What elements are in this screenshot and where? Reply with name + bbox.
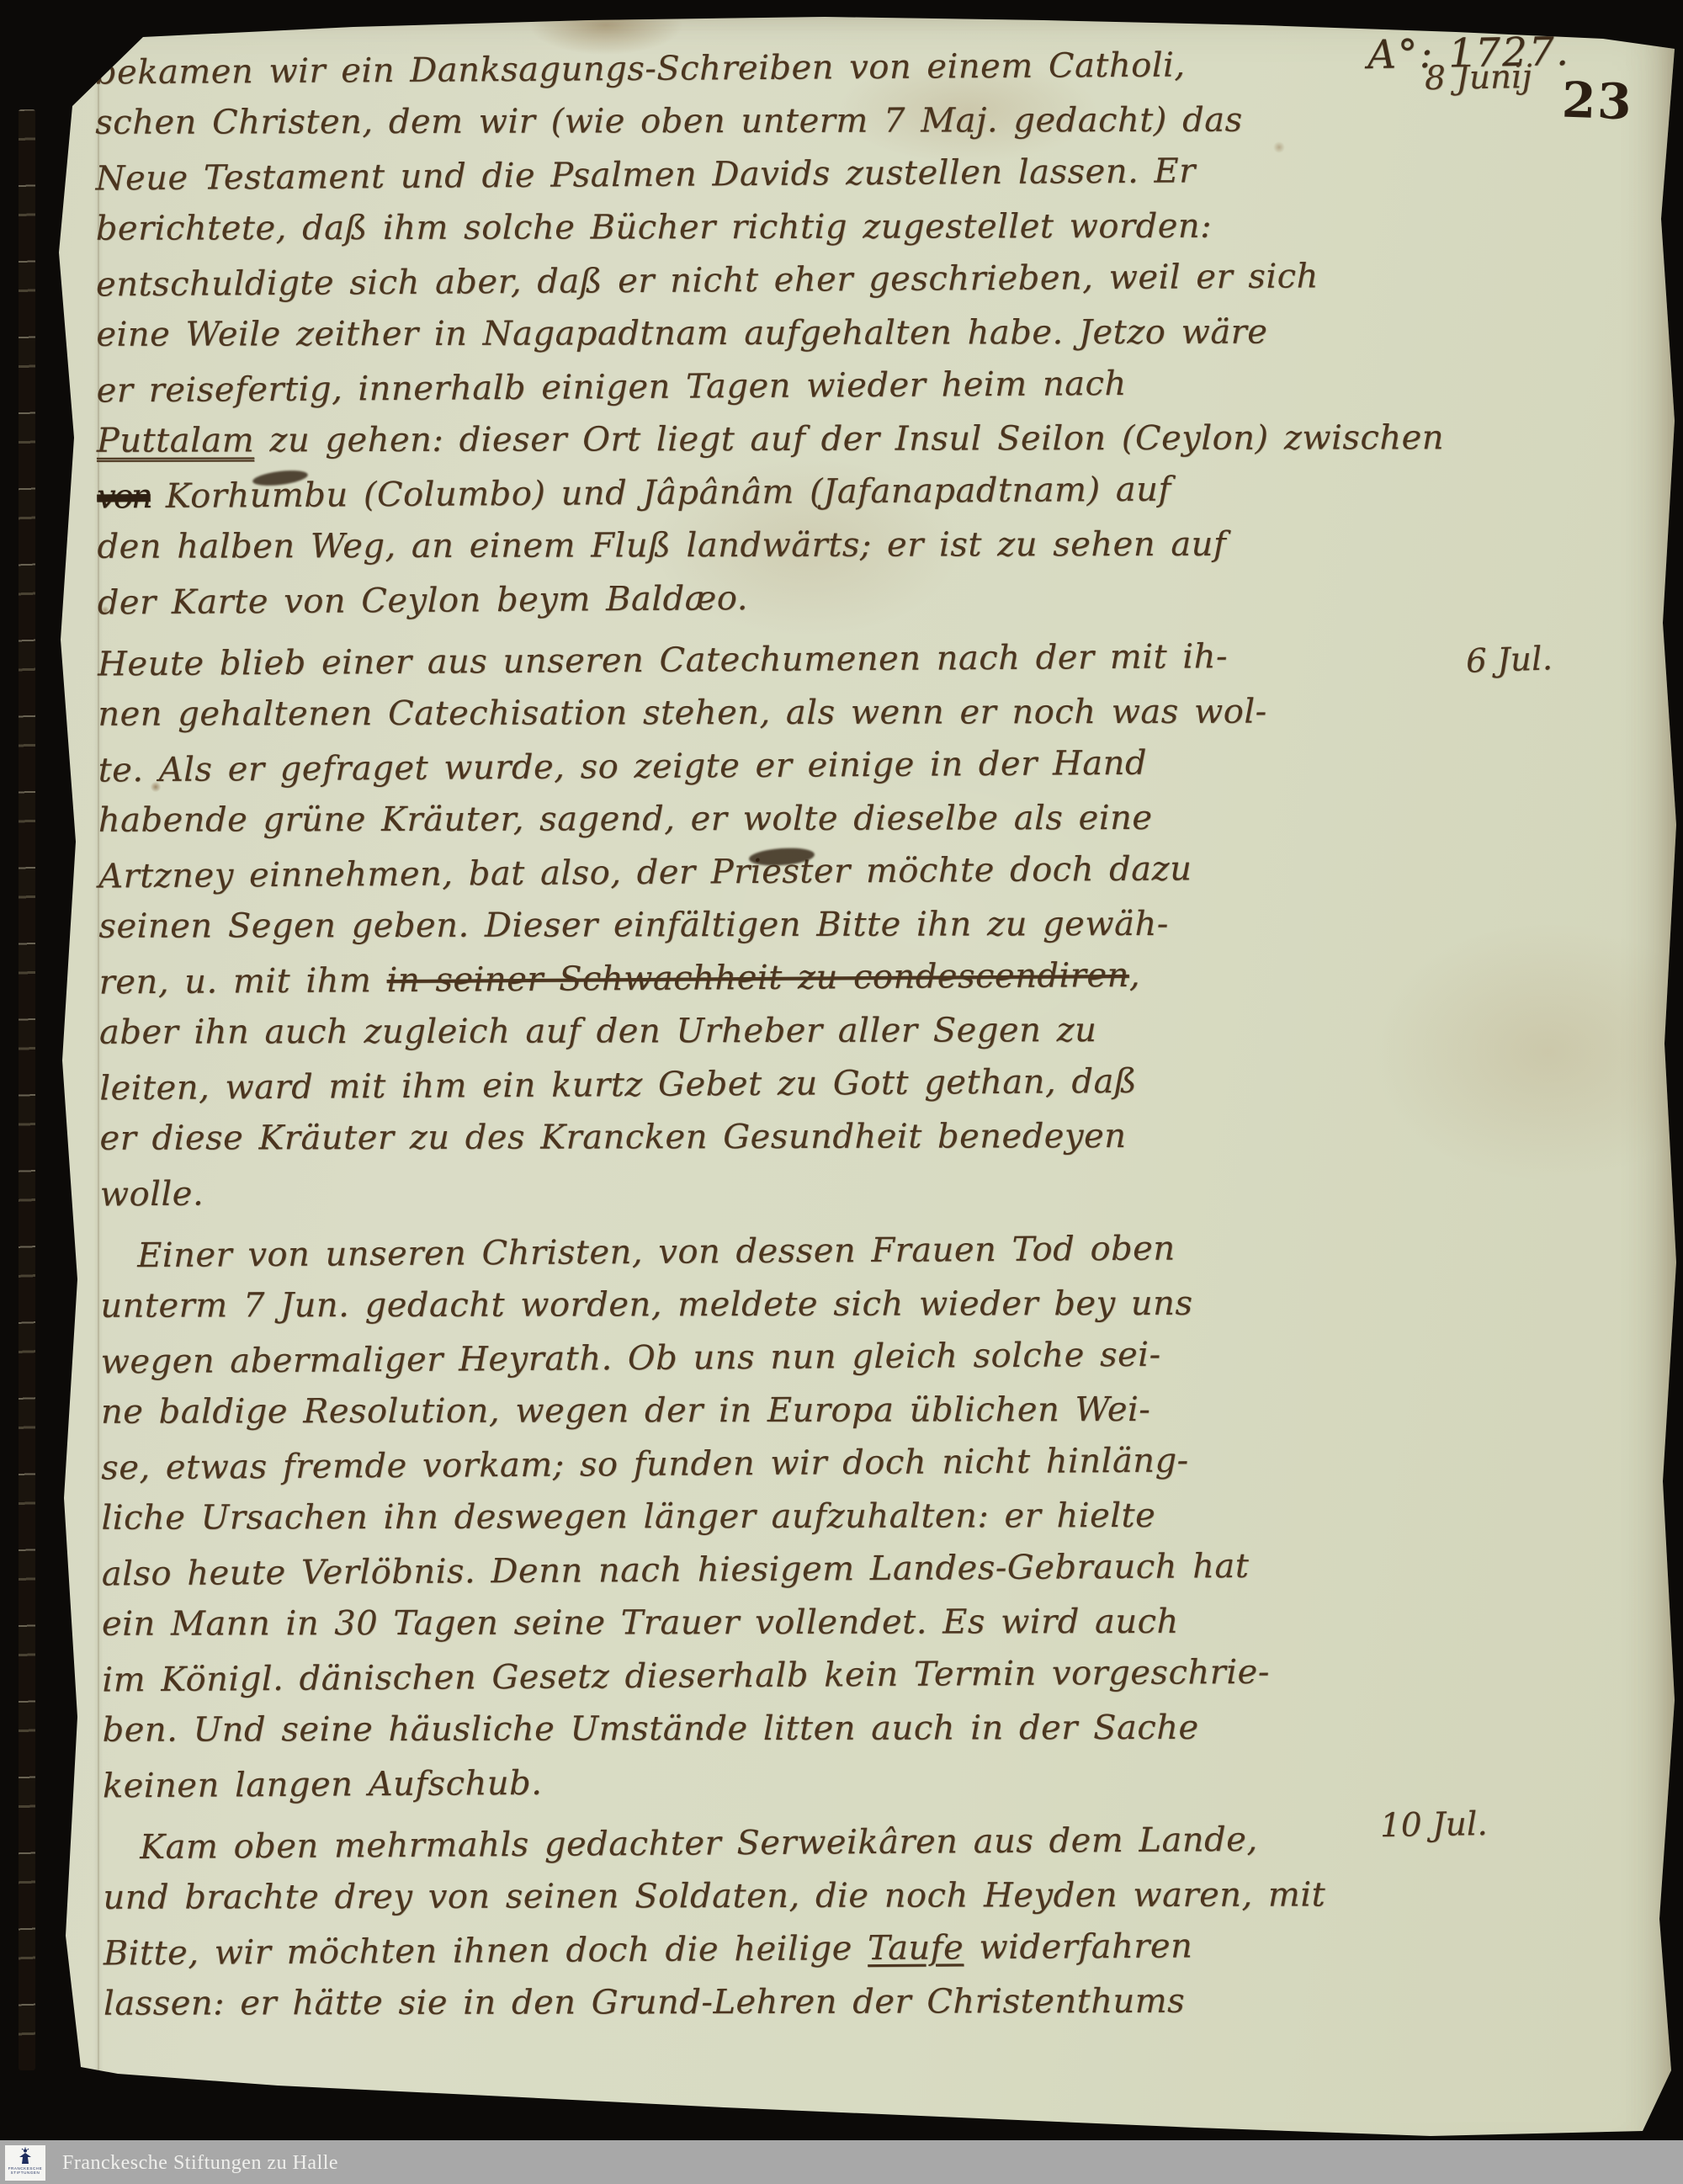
manuscript-line: unterm 7 Jun. gedacht worden, meldete si… [100, 1277, 1413, 1333]
handwritten-text: seinen Segen geben. Dieser einfältigen B… [98, 905, 1168, 946]
manuscript-line: schen Christen, dem wir (wie oben unterm… [95, 93, 1408, 150]
handwritten-text: schen Christen, dem wir (wie oben unterm… [95, 101, 1242, 142]
handwritten-text: leiten, ward mit ihm ein kurtz Gebet zu … [99, 1062, 1137, 1108]
handwritten-text: Artzney einnehmen, bat also, der Prieste… [98, 849, 1192, 895]
manuscript-line: den halben Weg, an einem Fluß landwärts;… [97, 518, 1410, 574]
manuscript-line: ne baldige Resolution, wegen der in Euro… [101, 1383, 1414, 1439]
handwritten-text: Einer von unseren Christen, von dessen F… [137, 1230, 1176, 1276]
logo-emblem-icon [15, 2147, 35, 2165]
manuscript-line: er diese Kräuter zu des Krancken Gesundh… [99, 1109, 1412, 1166]
manuscript-line: entschuldigte sich aber, daß er nicht eh… [96, 250, 1409, 312]
manuscript-line: der Karte von Ceylon beym Baldæo. [98, 568, 1410, 630]
manuscript-line: Puttalam zu gehen: dieser Ort liegt auf … [97, 412, 1410, 468]
handwritten-text: bekamen wir ein Danksagungs-Schreiben vo… [95, 45, 1186, 92]
handwritten-text: berichtete, daß ihm solche Bücher richti… [96, 207, 1212, 248]
handwritten-text: , [1129, 956, 1141, 995]
handwritten-text: der Karte von Ceylon beym Baldæo. [98, 579, 748, 622]
footer-bar: FRANCKESCHE STIFTUNGEN Franckesche Stift… [0, 2140, 1683, 2184]
struck-through-text: in seiner Schwachheit zu condescendiren [386, 956, 1129, 1000]
manuscript-line: ein Mann in 30 Tagen seine Trauer vollen… [102, 1595, 1415, 1651]
handwritten-text: habende grüne Kräuter, sagend, er wolte … [98, 799, 1153, 840]
manuscript-line: und brachte drey von seinen Soldaten, di… [103, 1868, 1415, 1925]
manuscript-page: A°: 1727. 23 bekamen wir ein Danksagungs… [0, 0, 1683, 2184]
handwritten-text: ben. Und seine häusliche Umstände litten… [103, 1708, 1199, 1750]
handwritten-text: Bitte, wir möchten ihnen doch die heilig… [104, 1929, 868, 1973]
book-binding-edge [19, 109, 35, 2070]
handwritten-text: also heute Verlöbnis. Denn nach hiesigem… [102, 1547, 1250, 1594]
handwritten-text: ren, u. mit ihm [99, 961, 387, 1002]
manuscript-line: aber ihn auch zugleich auf den Urheber a… [99, 1003, 1412, 1060]
paragraph: Heute blieb einer aus unseren Catechumen… [98, 631, 1413, 1220]
manuscript-line: wolle. [100, 1160, 1413, 1222]
manuscript-line: also heute Verlöbnis. Denn nach hiesigem… [102, 1539, 1415, 1602]
manuscript-line: Einer von unseren Christen, von dessen F… [100, 1221, 1413, 1283]
manuscript-line: leiten, ward mit ihm ein kurtz Gebet zu … [99, 1054, 1412, 1116]
handwritten-text: zu gehen: dieser Ort liegt auf der Insul… [254, 418, 1444, 460]
paragraph: Einer von unseren Christen, von dessen F… [100, 1223, 1415, 1812]
manuscript-line: nen gehaltenen Catechisation stehen, als… [98, 685, 1410, 741]
handwritten-text: er diese Kräuter zu des Krancken Gesundh… [99, 1117, 1126, 1158]
margin-date-note: 6 Jul. [1465, 640, 1553, 681]
manuscript-line: Neue Testament und die Psalmen Davids zu… [95, 144, 1408, 206]
handwritten-text: widerfahren [964, 1926, 1192, 1967]
footer-label: Franckesche Stiftungen zu Halle [62, 2152, 338, 2175]
handwritten-text: und brachte drey von seinen Soldaten, di… [103, 1875, 1325, 1916]
manuscript-line: Artzney einnehmen, bat also, der Prieste… [98, 842, 1411, 904]
margin-date-note: 8 Junij [1425, 58, 1532, 98]
handwritten-text: Heute blieb einer aus unseren Catechumen… [98, 637, 1228, 683]
scanned-book-photo: A°: 1727. 23 bekamen wir ein Danksagungs… [0, 0, 1683, 2184]
manuscript-line: ben. Und seine häusliche Umstände litten… [103, 1701, 1415, 1757]
manuscript-line: seinen Segen geben. Dieser einfältigen B… [98, 897, 1411, 954]
handwritten-text: Neue Testament und die Psalmen Davids zu… [95, 151, 1196, 198]
manuscript-line: keinen langen Aufschub. [103, 1751, 1415, 1814]
paragraph: bekamen wir ein Danksagungs-Schreiben vo… [95, 40, 1410, 629]
handwritten-text: ne baldige Resolution, wegen der in Euro… [101, 1390, 1150, 1432]
handwritten-text: er reisefertig, innerhalb einigen Tagen … [96, 364, 1126, 411]
manuscript-line: habende grüne Kräuter, sagend, er wolte … [98, 791, 1411, 848]
manuscript-line: berichtete, daß ihm solche Bücher richti… [96, 199, 1409, 256]
manuscript-line: te. Als er gefraget wurde, so zeigte er … [98, 736, 1410, 798]
manuscript-line: liche Ursachen ihn deswegen länger aufzu… [101, 1489, 1414, 1545]
handwritten-text: entschuldigte sich aber, daß er nicht eh… [96, 257, 1319, 304]
handwritten-text: wegen abermaliger Heyrath. Ob uns nun gl… [101, 1336, 1161, 1382]
manuscript-line: im Königl. dänischen Gesetz dieserhalb k… [102, 1645, 1415, 1708]
scribbled-out-text: von [97, 477, 151, 516]
handwritten-text: nen gehaltenen Catechisation stehen, als… [98, 693, 1266, 734]
handwritten-text: liche Ursachen ihn deswegen länger aufzu… [101, 1496, 1155, 1538]
manuscript-line: bekamen wir ein Danksagungs-Schreiben vo… [95, 38, 1408, 100]
handwritten-text: den halben Weg, an einem Fluß landwärts;… [97, 525, 1226, 566]
manuscript-line: se, etwas fremde vorkam; so funden wir d… [101, 1433, 1414, 1496]
handwritten-text: se, etwas fremde vorkam; so funden wir d… [101, 1441, 1189, 1487]
handwritten-text: unterm 7 Jun. gedacht worden, meldete si… [100, 1284, 1192, 1326]
underlined-text: Puttalam [97, 421, 254, 460]
handwritten-text: im Königl. dänischen Gesetz dieserhalb k… [102, 1653, 1270, 1700]
handwritten-text: keinen langen Aufschub. [103, 1764, 543, 1806]
margin-date-note: 10 Jul. [1380, 1805, 1488, 1845]
manuscript-line: Heute blieb einer aus unseren Catechumen… [98, 630, 1410, 692]
paragraph: Kam oben mehrmahls gedachter Serweikâren… [103, 1815, 1416, 2033]
manuscript-line: wegen abermaliger Heyrath. Ob uns nun gl… [100, 1327, 1413, 1390]
logo-text: STIFTUNGEN [11, 2171, 40, 2175]
handwritten-text: te. Als er gefraget wurde, so zeigte er … [98, 744, 1147, 790]
manuscript-line: eine Weile zeither in Nagapadtnam aufgeh… [96, 306, 1409, 362]
manuscript-line: lassen: er hätte sie in den Grund-Lehren… [104, 1974, 1416, 2031]
handwritten-text: Kam oben mehrmahls gedachter Serweikâren… [140, 1820, 1258, 1867]
handwritten-text: lassen: er hätte sie in den Grund-Lehren… [104, 1982, 1185, 2023]
manuscript-line: ren, u. mit ihm in seiner Schwachheit zu… [98, 948, 1411, 1010]
folio-number: 23 [1561, 72, 1634, 131]
handwritten-text: eine Weile zeither in Nagapadtnam aufgeh… [96, 313, 1267, 354]
handwritten-text: ein Mann in 30 Tagen seine Trauer vollen… [102, 1602, 1179, 1644]
handwritten-text: wolle. [100, 1175, 204, 1214]
underlined-text: Taufe [868, 1928, 964, 1968]
manuscript-line: er reisefertig, innerhalb einigen Tagen … [96, 356, 1409, 418]
manuscript-line: Bitte, wir möchten ihnen doch die heilig… [104, 1919, 1416, 1981]
manuscript-line: Kam oben mehrmahls gedachter Serweikâren… [103, 1813, 1415, 1875]
handwritten-text: aber ihn auch zugleich auf den Urheber a… [99, 1011, 1097, 1052]
franckesche-stiftungen-logo: FRANCKESCHE STIFTUNGEN [5, 2145, 45, 2181]
manuscript-text: bekamen wir ein Danksagungs-Schreiben vo… [95, 40, 1416, 2041]
